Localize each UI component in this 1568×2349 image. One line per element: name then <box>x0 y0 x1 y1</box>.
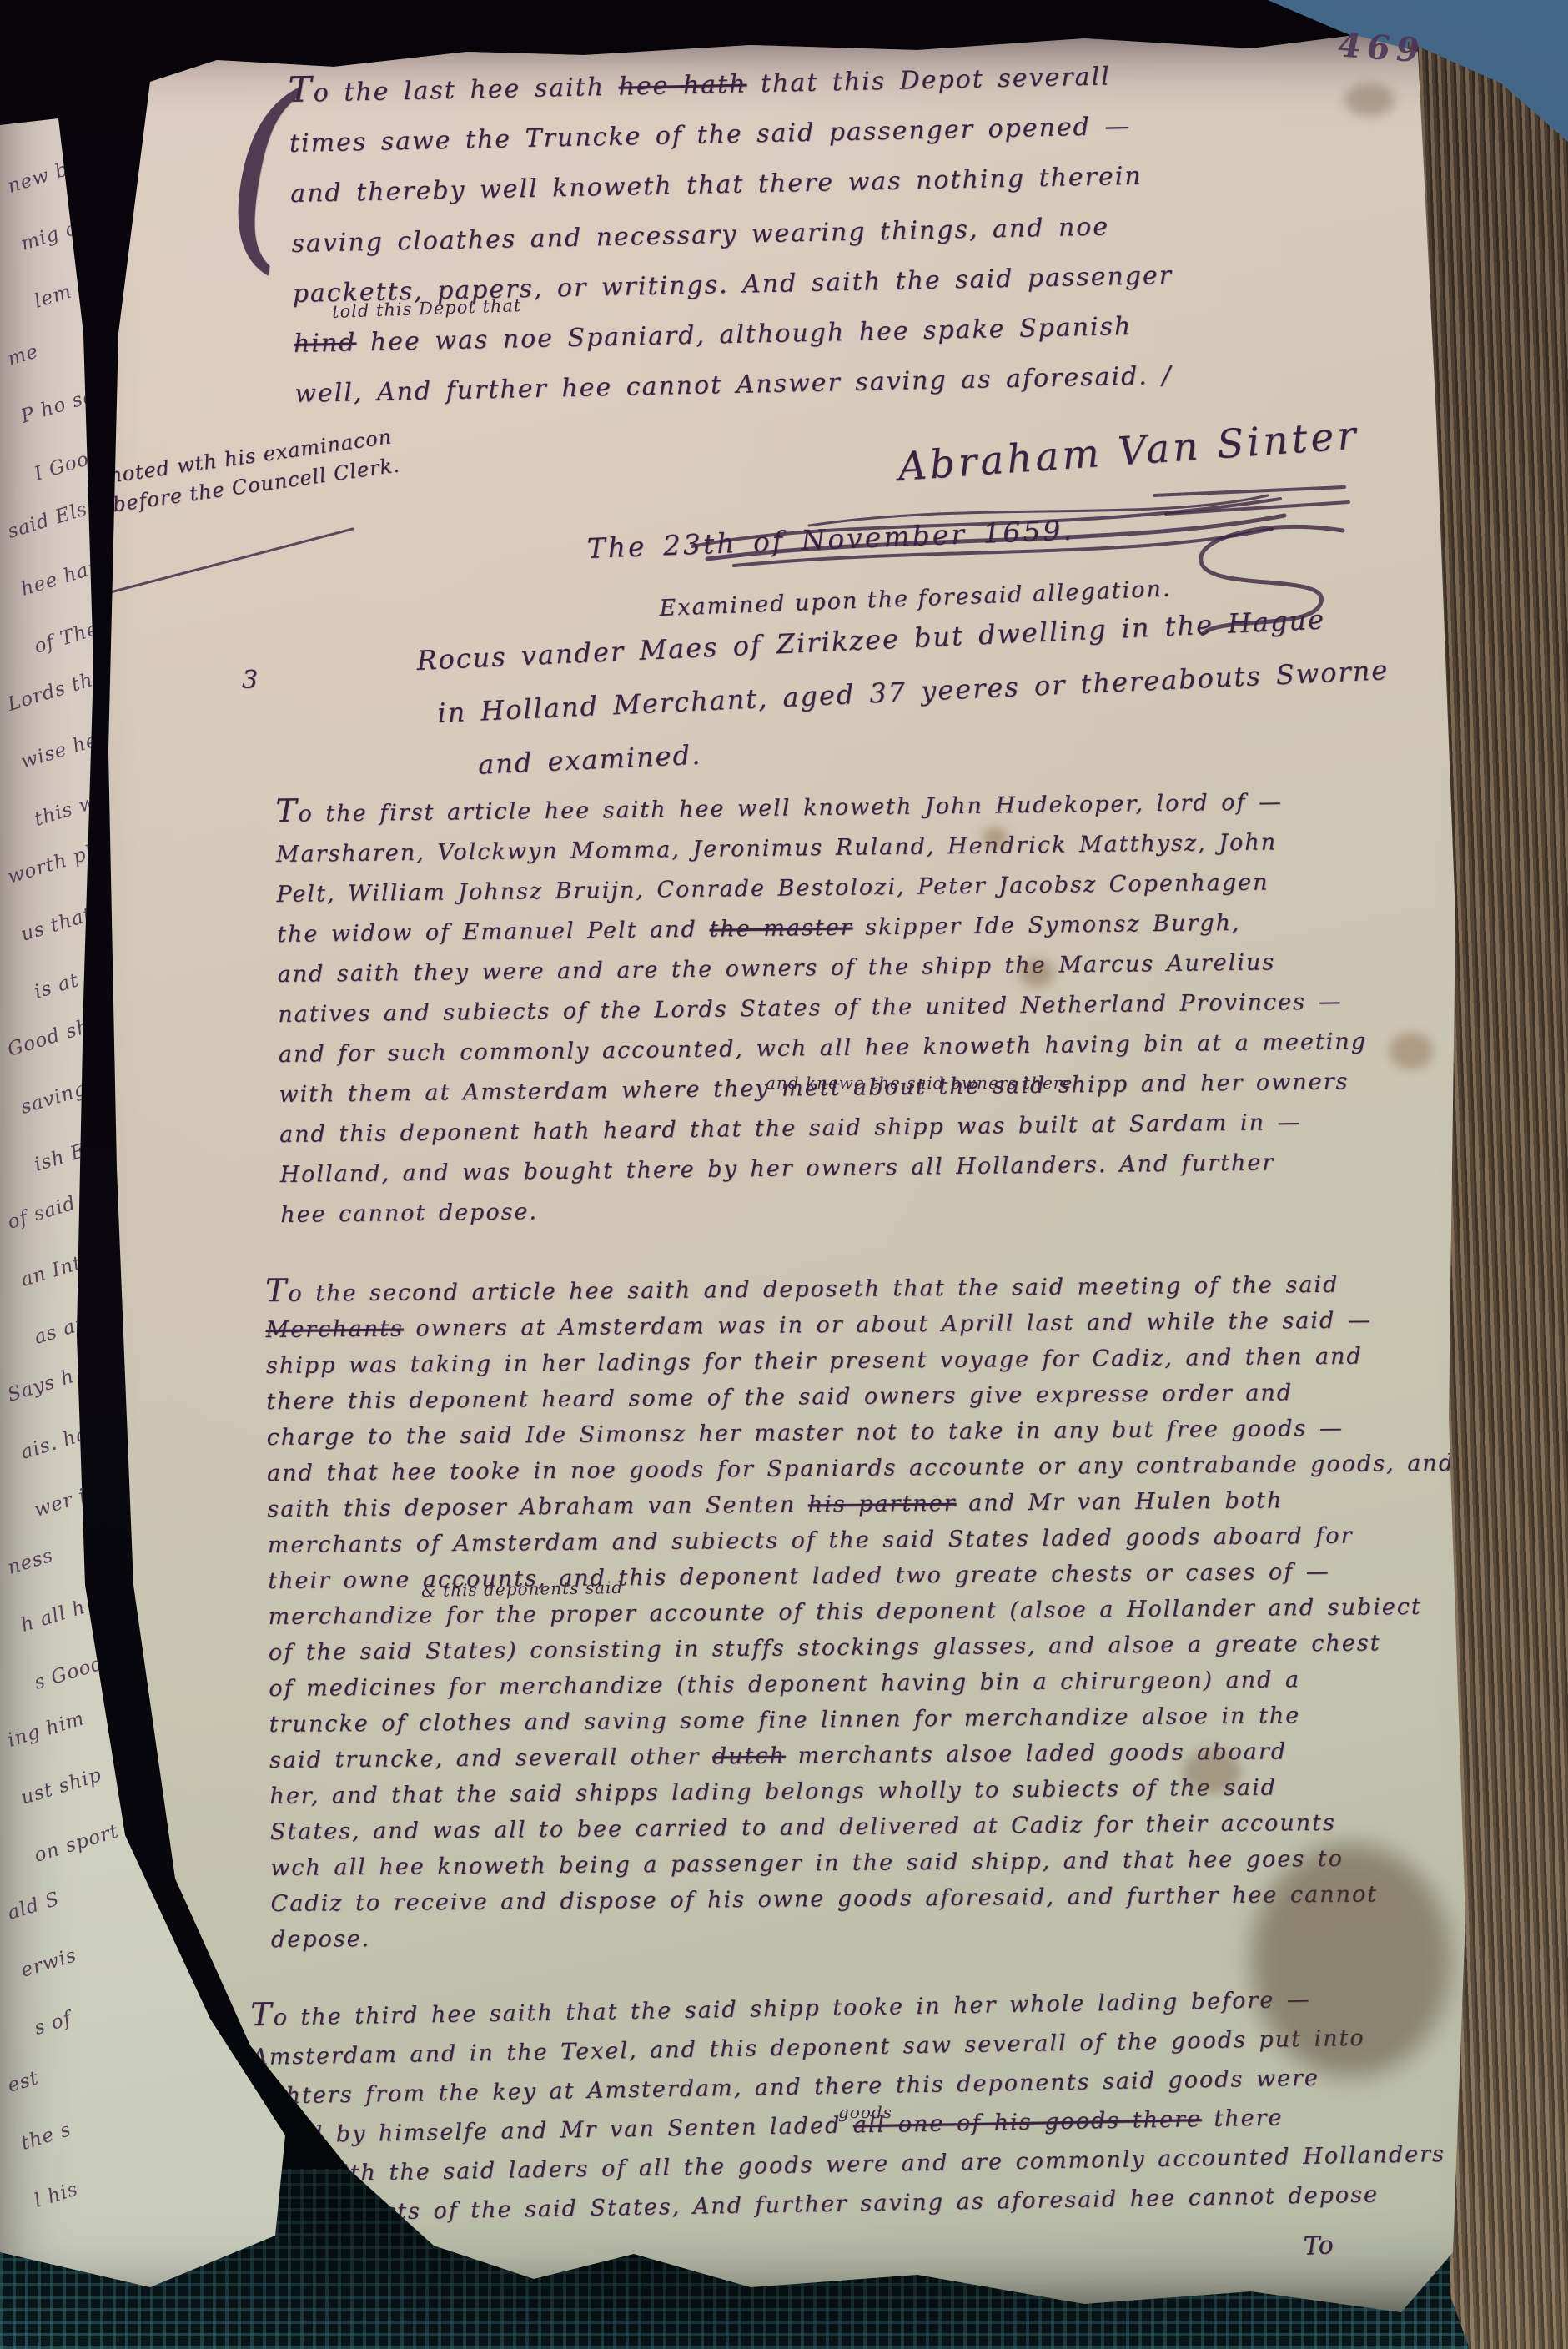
previous-page-fragment: new burgden <box>5 137 143 198</box>
previous-page-fragment: the s <box>18 2119 74 2155</box>
previous-page-fragment: an Inter <box>18 1245 106 1291</box>
previous-page-fragment: ust ship <box>18 1764 104 1809</box>
closing-deposition-paragraph: To the last hee saith hee hath that this… <box>288 47 1175 420</box>
margin-note: noted wth his examinaconbefore the Counc… <box>107 422 402 521</box>
previous-page-fragment: is at — <box>32 962 108 1003</box>
previous-page-fragment: P ho said <box>18 379 117 428</box>
margin-stroke <box>73 519 365 606</box>
previous-page-fragment: s Good <box>32 1652 107 1694</box>
previous-page-fragment: me <box>5 340 41 370</box>
previous-page-fragment: ish Em <box>32 1134 107 1176</box>
previous-page-fragment: est <box>5 2067 42 2097</box>
previous-page-fragment: saving h <box>18 1072 109 1119</box>
previous-page-fragment: said Els <box>5 498 90 543</box>
previous-page-fragment: on sport <box>32 1820 122 1866</box>
previous-page-fragment: hee hand <box>18 551 117 601</box>
previous-page-fragment: wise hee <box>18 726 113 773</box>
previous-page-fragment: s of <box>32 2008 74 2040</box>
manuscript-text-layer: ( To the last hee saith hee hath that th… <box>0 0 1568 2349</box>
previous-page-fragment: l his <box>32 2178 81 2212</box>
article-paragraph-1: To the first article hee saith hee well … <box>275 777 1369 1235</box>
previous-page-fragment: ness <box>5 1545 56 1579</box>
previous-page-fragment: wer in <box>32 1481 102 1522</box>
page-number-stamp: 469 <box>1334 26 1429 71</box>
deponent-signature: Abraham Van Sinter <box>897 412 1360 490</box>
previous-page-fragment: ais. hal <box>18 1421 98 1464</box>
previous-page-fragment: mig ord <box>18 210 103 254</box>
previous-page-fragment: Lords the <box>5 666 108 716</box>
previous-page-fragment: this was <box>32 785 121 831</box>
previous-page-fragment: Good sh <box>5 1015 93 1061</box>
deponent-heading: Rocus vander Maes of Zirikzee but dwelli… <box>415 590 1392 794</box>
previous-page-fragment: of said s <box>5 1187 95 1234</box>
opening-bracket: ( <box>227 52 297 293</box>
previous-page-fragment: lem said <box>32 266 123 313</box>
previous-page-fragment: ald S <box>5 1888 63 1924</box>
previous-page-fragment: Says h <box>5 1366 77 1406</box>
previous-page-fragment: us that <box>18 903 95 946</box>
deponent-number: 3 <box>242 666 258 695</box>
previous-page-fragment: h all h <box>18 1597 88 1637</box>
previous-page-fragment: ing him <box>5 1708 88 1752</box>
article-paragraph-2: To the second article hee saith and depo… <box>265 1263 1459 1958</box>
catchword: To <box>1303 2231 1334 2261</box>
manuscript-photo: new burgdenmig ordlem saidmeP ho saidI G… <box>0 0 1568 2349</box>
previous-page-fragment: as ap <box>32 1312 91 1349</box>
interlineation: goods <box>838 2102 892 2122</box>
interlineation: & this deponents said <box>421 1577 624 1601</box>
interlineation: and knewe the said owners there <box>766 1073 1073 1093</box>
date-heading: The 23th of November 1659. <box>586 514 1075 565</box>
previous-page-fragment: erwis <box>18 1944 79 1982</box>
